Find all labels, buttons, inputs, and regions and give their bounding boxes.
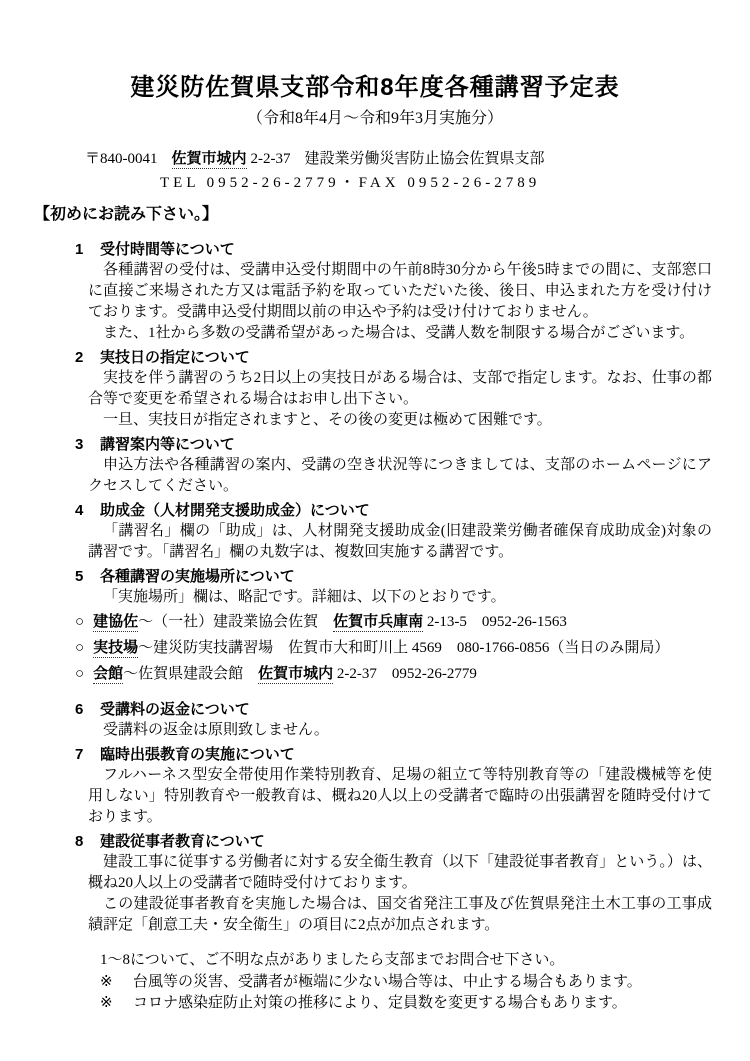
- section-heading: 8建設従事者教育について: [75, 831, 712, 852]
- paragraph: 「実施場所」欄は、略記です。詳細は、以下のとおりです。: [88, 587, 712, 608]
- venue-abbr: 会館: [93, 665, 123, 684]
- kome-mark: ※: [100, 972, 133, 994]
- venue-address-bold: 佐賀市城内: [258, 665, 333, 684]
- paragraph: フルハーネス型安全帯使用作業特別教育、足場の組立て等特別教育等の「建設機械等を使…: [88, 765, 712, 828]
- section-heading-text: 実技日の指定について: [100, 349, 250, 366]
- read-first-heading: 【初めにお読み下さい。】: [34, 204, 712, 225]
- venue-item: ○実技場～建災防実技講習場 佐賀市大和町川上 4569 080-1766-085…: [75, 635, 712, 661]
- sections-container: 1受付時間等について 各種講習の受付は、受講申込受付期間中の午前8時30分から午…: [38, 239, 712, 936]
- paragraph: 建設工事に従事する労働者に対する安全衛生教育（以下「建設従事者教育」という。）は…: [88, 852, 712, 894]
- venue-abbr: 建協佐: [93, 613, 138, 632]
- section-number: 3: [75, 434, 100, 455]
- circle-bullet-icon: ○: [75, 666, 84, 682]
- section-heading: 6受講料の返金について: [75, 699, 712, 720]
- section-heading-text: 講習案内等について: [100, 436, 235, 453]
- section-number: 4: [75, 500, 100, 521]
- note-line: ※台風等の災害、受講者が極端に少ない場合等は、中止する場合もあります。: [100, 972, 712, 994]
- paragraph: 「講習名」欄の「助成」は、人材開発支援助成金(旧建設業労働者確保育成助成金)対象…: [88, 521, 712, 563]
- section-heading-text: 建設従事者教育について: [100, 833, 265, 850]
- section-onsite-training: 7臨時出張教育の実施について フルハーネス型安全帯使用作業特別教育、足場の組立て…: [38, 744, 712, 828]
- paragraph: 受講料の返金は原則致しません。: [88, 720, 712, 741]
- section-worker-education: 8建設従事者教育について 建設工事に従事する労働者に対する安全衛生教育（以下「建…: [38, 831, 712, 936]
- section-course-guide: 3講習案内等について 申込方法や各種講習の案内、受講の空き状況等につきましては、…: [38, 434, 712, 497]
- venue-text: ～建災防実技講習場 佐賀市大和町川上 4569 080-1766-0856（当日…: [138, 640, 669, 656]
- section-number: 8: [75, 831, 100, 852]
- section-heading-text: 助成金（人材開発支援助成金）について: [100, 502, 370, 519]
- section-reception-hours: 1受付時間等について 各種講習の受付は、受講申込受付期間中の午前8時30分から午…: [38, 239, 712, 344]
- section-heading: 3講習案内等について: [75, 434, 712, 455]
- organization-name: 建設業労働災害防止協会佐賀県支部: [305, 151, 545, 167]
- page-title: 建災防佐賀県支部令和8年度各種講習予定表: [38, 72, 712, 104]
- paragraph: 申込方法や各種講習の案内、受講の空き状況等につきましては、支部のホームページにア…: [88, 455, 712, 497]
- venue-abbr: 実技場: [93, 639, 138, 658]
- kome-mark: ※: [100, 993, 133, 1015]
- venue-item: ○建協佐～（一社）建設業協会佐賀 佐賀市兵庫南 2-13-5 0952-26-1…: [75, 609, 712, 635]
- venue-address-bold: 佐賀市兵庫南: [333, 613, 423, 632]
- section-number: 1: [75, 239, 100, 260]
- section-heading-text: 受付時間等について: [100, 241, 235, 258]
- section-heading-text: 受講料の返金について: [100, 701, 250, 718]
- paragraph: 一旦、実技日が指定されますと、その後の変更は極めて困難です。: [88, 410, 712, 431]
- paragraph: 実技を伴う講習のうち2日以上の実技日がある場合は、支部で指定します。なお、仕事の…: [88, 368, 712, 410]
- section-number: 2: [75, 347, 100, 368]
- section-heading: 7臨時出張教育の実施について: [75, 744, 712, 765]
- paragraph: また、1社から多数の受講希望があった場合は、受講人数を制限する場合がございます。: [88, 323, 712, 344]
- page-subtitle: （令和8年4月～令和9年3月実施分）: [38, 108, 712, 130]
- section-heading: 4助成金（人材開発支援助成金）について: [75, 500, 712, 521]
- address-line: 〒840-0041佐賀市城内2-2-37建設業労働災害防止協会佐賀県支部: [85, 148, 712, 170]
- section-heading-text: 臨時出張教育の実施について: [100, 746, 295, 763]
- section-venues: 5各種講習の実施場所について 「実施場所」欄は、略記です。詳細は、以下のとおりで…: [38, 566, 712, 687]
- note-line: 1～8について、ご不明な点がありましたら支部までお問合せ下さい。: [100, 950, 712, 972]
- tel-fax-line: TEL 0952-26-2779・FAX 0952-26-2789: [160, 173, 712, 194]
- section-heading: 5各種講習の実施場所について: [75, 566, 712, 587]
- section-refund: 6受講料の返金について 受講料の返金は原則致しません。: [38, 699, 712, 741]
- address-city: 佐賀市城内: [172, 150, 247, 169]
- venue-text-tail: 2-2-37 0952-26-2779: [333, 666, 477, 682]
- section-heading: 1受付時間等について: [75, 239, 712, 260]
- postal-code: 〒840-0041: [85, 151, 158, 167]
- section-number: 5: [75, 566, 100, 587]
- venue-text: ～佐賀県建設会館: [123, 666, 258, 682]
- address-block: 〒840-0041佐賀市城内2-2-37建設業労働災害防止協会佐賀県支部 TEL…: [85, 148, 712, 194]
- section-number: 6: [75, 699, 100, 720]
- circle-bullet-icon: ○: [75, 640, 84, 656]
- venue-text-tail: 2-13-5 0952-26-1563: [423, 614, 567, 630]
- section-number: 7: [75, 744, 100, 765]
- notes-block: 1～8について、ご不明な点がありましたら支部までお問合せ下さい。 ※台風等の災害…: [100, 950, 712, 1015]
- circle-bullet-icon: ○: [75, 614, 84, 630]
- note-text: コロナ感染症防止対策の推移により、定員数を変更する場合もあります。: [133, 995, 627, 1011]
- venue-item: ○会館～佐賀県建設会館 佐賀市城内 2-2-37 0952-26-2779: [75, 661, 712, 687]
- note-line: ※コロナ感染症防止対策の推移により、定員数を変更する場合もあります。: [100, 993, 712, 1015]
- note-text: 台風等の災害、受講者が極端に少ない場合等は、中止する場合もあります。: [133, 974, 642, 990]
- paragraph: 各種講習の受付は、受講申込受付期間中の午前8時30分から午後5時までの間に、支部…: [88, 260, 712, 323]
- section-practical-day: 2実技日の指定について 実技を伴う講習のうち2日以上の実技日がある場合は、支部で…: [38, 347, 712, 431]
- section-heading-text: 各種講習の実施場所について: [100, 568, 295, 585]
- paragraph: この建設従事者教育を実施した場合は、国交省発注工事及び佐賀県発注土木工事の工事成…: [88, 894, 712, 936]
- venue-list: ○建協佐～（一社）建設業協会佐賀 佐賀市兵庫南 2-13-5 0952-26-1…: [75, 609, 712, 687]
- section-subsidy: 4助成金（人材開発支援助成金）について 「講習名」欄の「助成」は、人材開発支援助…: [38, 500, 712, 563]
- section-heading: 2実技日の指定について: [75, 347, 712, 368]
- address-number: 2-2-37: [251, 151, 291, 167]
- venue-text: ～（一社）建設業協会佐賀: [138, 614, 333, 630]
- document-page: 建災防佐賀県支部令和8年度各種講習予定表 （令和8年4月～令和9年3月実施分） …: [0, 0, 750, 1061]
